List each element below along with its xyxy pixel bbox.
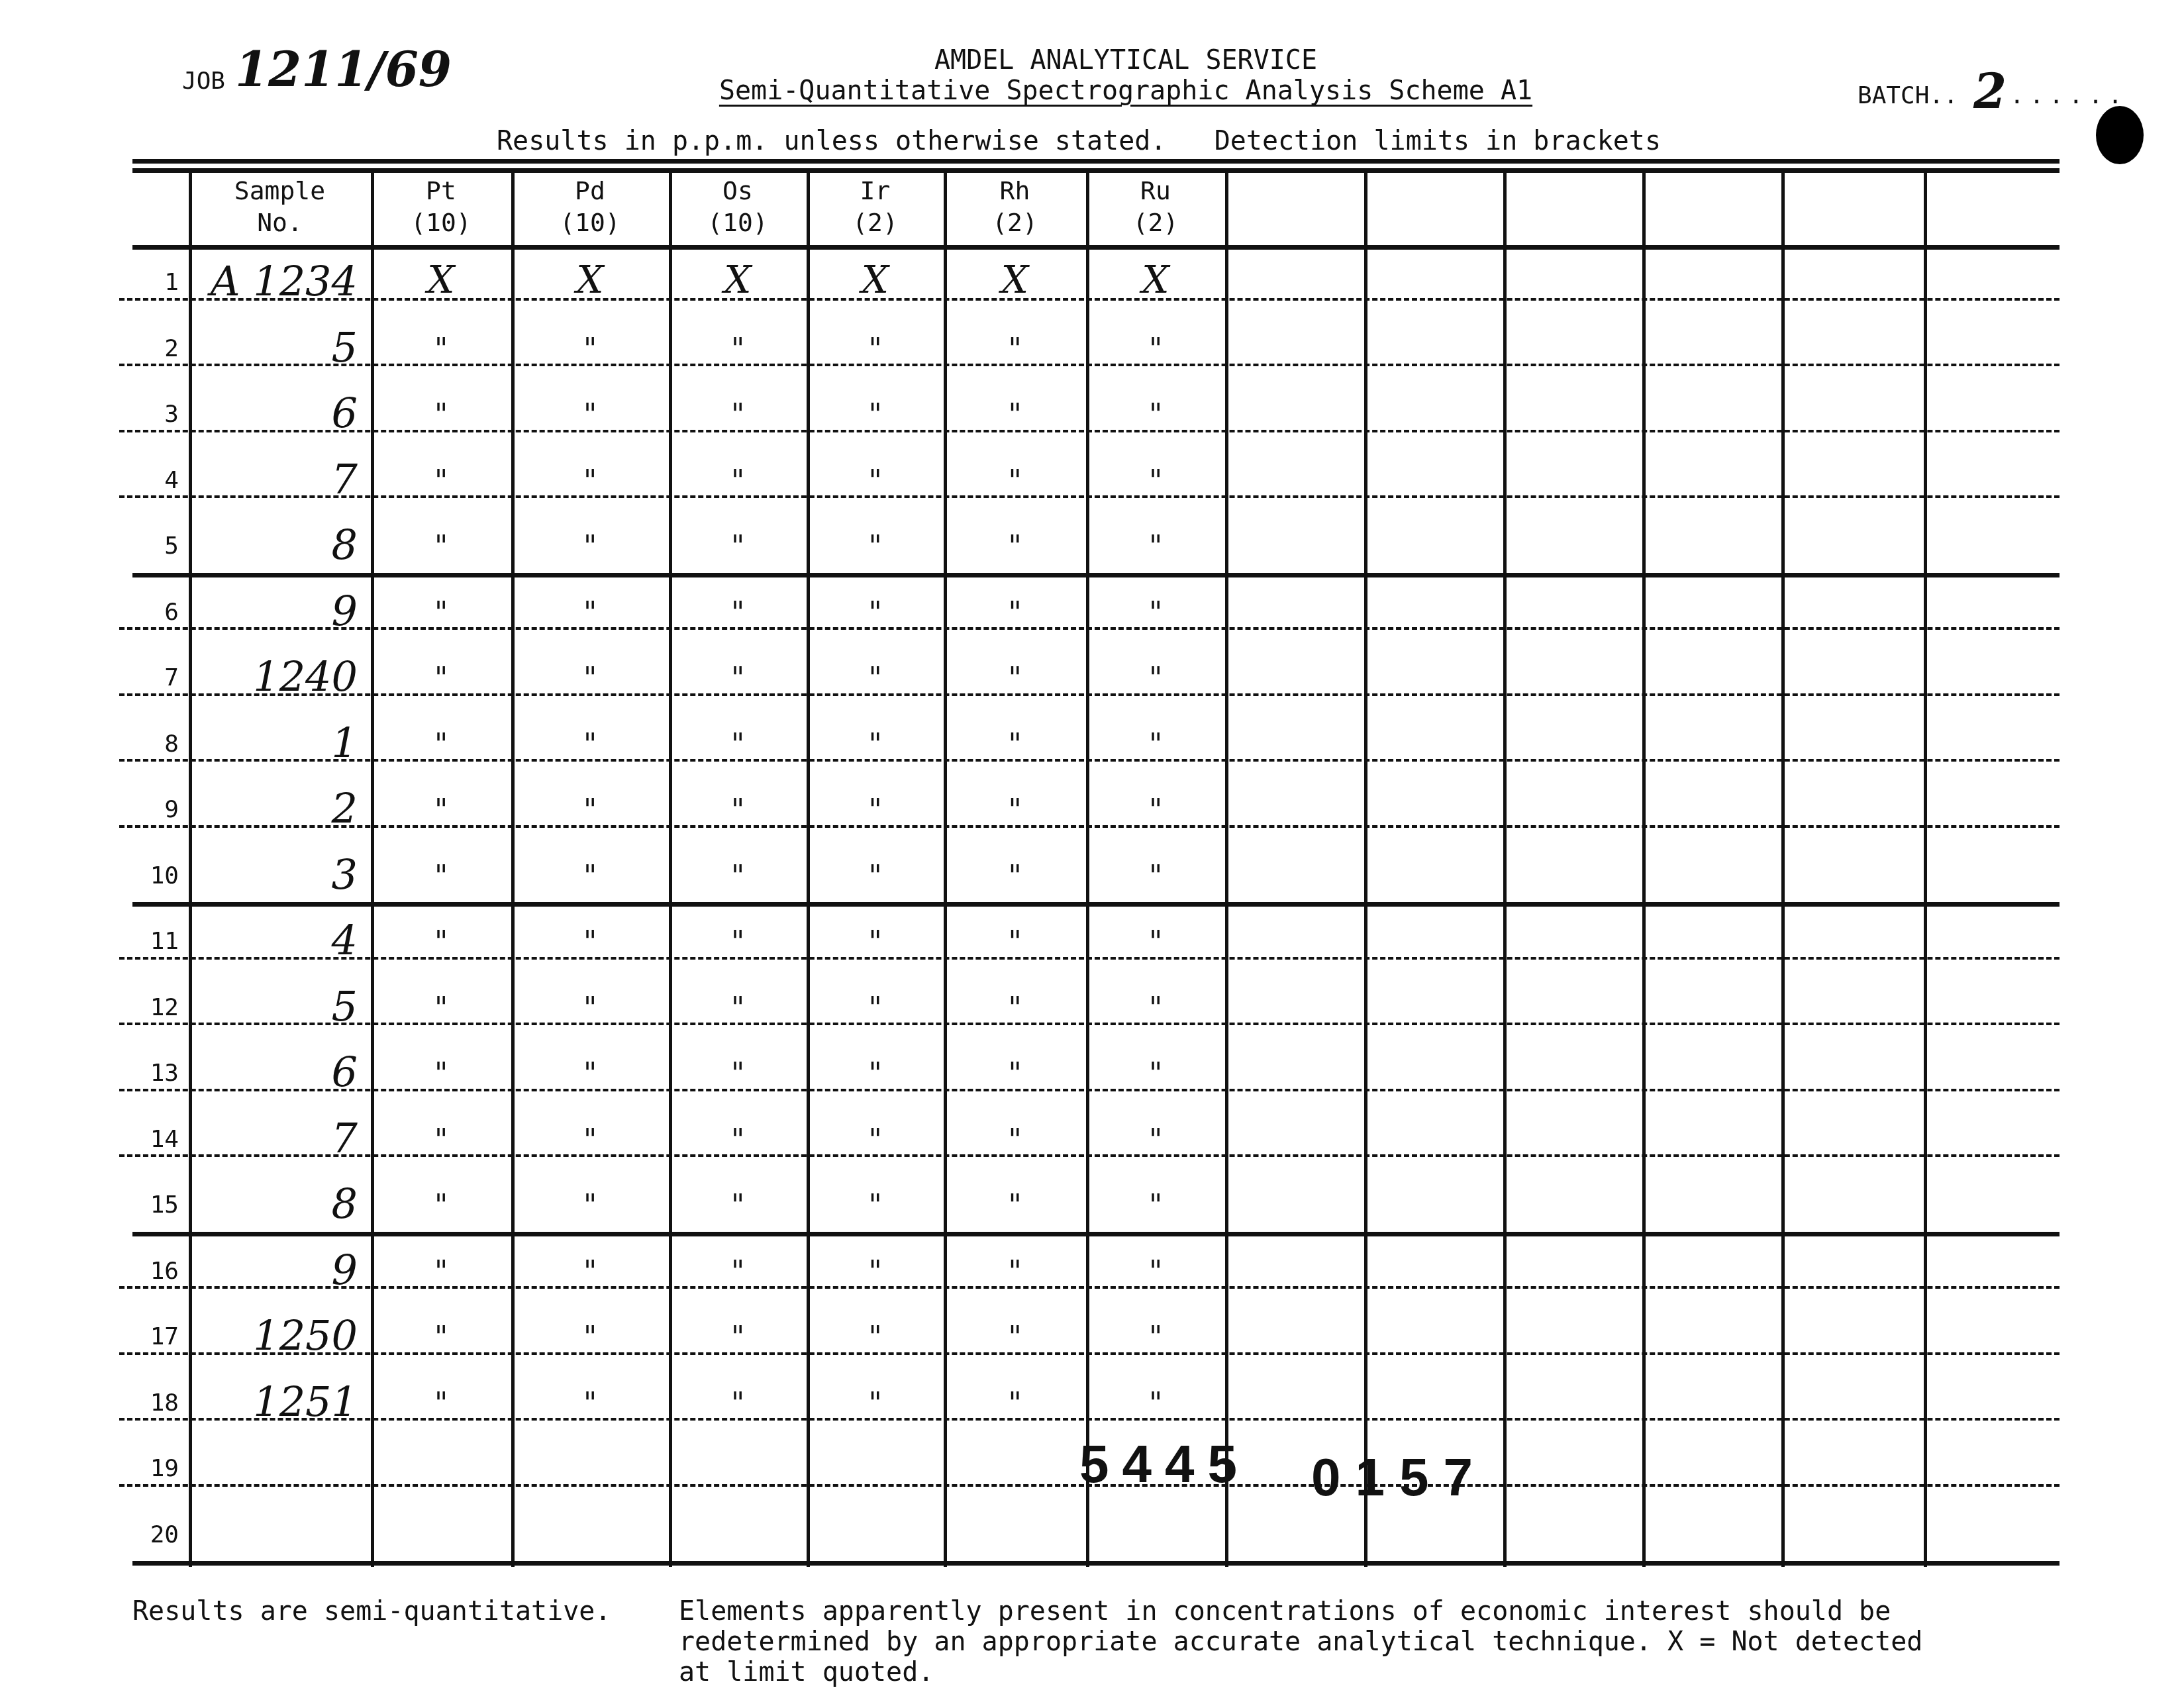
result-cell: " [1086, 1255, 1225, 1289]
results-note: Results in p.p.m. unless otherwise state… [497, 126, 1661, 156]
column-header [1781, 175, 1924, 207]
stamp-number-right: 0157 [1311, 1447, 1487, 1508]
sample-number: 6 [189, 1048, 358, 1096]
sample-number: 1 [189, 719, 358, 767]
result-cell: " [1086, 728, 1225, 762]
row-number: 13 [139, 1060, 179, 1087]
column-header [1924, 175, 2060, 207]
result-cell: X [807, 257, 944, 302]
result-cell: " [511, 398, 669, 432]
result-cell: " [371, 464, 511, 498]
column-header-name [1364, 175, 1503, 207]
column-header-limit: (10) [371, 207, 511, 238]
result-cell: " [807, 596, 944, 630]
result-cell: " [807, 860, 944, 893]
result-cell: " [511, 925, 669, 959]
result-cell: " [807, 1387, 944, 1421]
result-cell: " [511, 332, 669, 366]
batch-label: BATCH.. [1858, 82, 1958, 109]
group-rule [132, 1232, 2060, 1236]
group-rule [132, 1561, 2060, 1566]
result-cell: " [371, 662, 511, 695]
column-header-name [1781, 175, 1924, 207]
result-cell: " [511, 596, 669, 630]
result-cell: " [1086, 1057, 1225, 1091]
result-cell: " [944, 925, 1086, 959]
result-cell: " [511, 1321, 669, 1354]
result-cell: " [807, 1057, 944, 1091]
result-cell: " [807, 398, 944, 432]
result-cell: " [371, 332, 511, 366]
group-rule [132, 573, 2060, 577]
footer-note-right: Elements apparently present in concentra… [679, 1596, 2069, 1687]
footer-line-2: redetermined by an appropriate accurate … [679, 1627, 2069, 1657]
sample-number: 8 [189, 521, 358, 569]
result-cell: " [371, 1189, 511, 1223]
result-cell: " [511, 1057, 669, 1091]
column-header-name: Pd [511, 175, 669, 207]
column-divider [1642, 170, 1646, 1567]
result-cell: " [1086, 530, 1225, 564]
column-header: SampleNo. [189, 175, 371, 238]
column-header-name: Os [669, 175, 807, 207]
result-cell: " [511, 793, 669, 827]
result-cell: " [669, 925, 807, 959]
result-cell: " [371, 1123, 511, 1157]
row-number: 15 [139, 1191, 179, 1219]
row-number: 17 [139, 1323, 179, 1350]
scheme-title: Semi-Quantitative Spectrographic Analysi… [662, 75, 1589, 106]
result-cell: " [807, 662, 944, 695]
result-cell: " [1086, 1321, 1225, 1354]
row-number: 4 [139, 467, 179, 494]
result-cell: " [944, 1321, 1086, 1354]
sample-number: 9 [189, 587, 358, 635]
result-cell: " [807, 464, 944, 498]
row-number: 2 [139, 335, 179, 362]
row-number: 12 [139, 994, 179, 1021]
scheme-title-text: Semi-Quantitative Spectrographic Analysi… [719, 75, 1532, 106]
job-number: 1211/69 [235, 41, 452, 97]
result-cell: " [511, 860, 669, 893]
result-cell: " [371, 1255, 511, 1289]
results-table: SampleNo.Pt(10)Pd(10)Os(10)Ir(2)Rh(2)Ru(… [132, 159, 2060, 1593]
column-header: Pt(10) [371, 175, 511, 238]
result-cell: " [669, 662, 807, 695]
column-divider [1924, 170, 1927, 1567]
column-header: Os(10) [669, 175, 807, 238]
sample-number: 1251 [189, 1378, 358, 1426]
result-cell: " [944, 1255, 1086, 1289]
result-cell: " [944, 860, 1086, 893]
footer-line-1: Elements apparently present in concentra… [679, 1596, 2069, 1627]
result-cell: " [1086, 793, 1225, 827]
result-cell: X [944, 257, 1086, 302]
result-cell: " [371, 398, 511, 432]
result-cell: " [669, 464, 807, 498]
column-header-name [1503, 175, 1642, 207]
result-cell: " [807, 925, 944, 959]
stamp-number-left: 5445 [1079, 1434, 1250, 1495]
result-cell: " [371, 1321, 511, 1354]
result-cell: " [669, 793, 807, 827]
result-cell: X [511, 257, 669, 302]
result-cell: " [807, 1321, 944, 1354]
result-cell: " [371, 1387, 511, 1421]
column-header-name: Ru [1086, 175, 1225, 207]
group-rule [132, 902, 2060, 907]
table-top-rule-2 [132, 168, 2060, 173]
result-cell: " [1086, 991, 1225, 1025]
result-cell: " [944, 596, 1086, 630]
result-cell: " [944, 1189, 1086, 1223]
sample-number: 7 [189, 455, 358, 503]
sample-number: 2 [189, 784, 358, 832]
footer-note-left: Results are semi-quantitative. [132, 1596, 611, 1627]
result-cell: " [511, 1123, 669, 1157]
row-number: 18 [139, 1389, 179, 1417]
result-cell: " [371, 860, 511, 893]
result-cell: " [371, 925, 511, 959]
result-cell: " [669, 991, 807, 1025]
result-cell: " [944, 1123, 1086, 1157]
result-cell: " [1086, 662, 1225, 695]
result-cell: " [371, 530, 511, 564]
result-cell: " [944, 332, 1086, 366]
result-cell: " [1086, 1189, 1225, 1223]
sample-number: 6 [189, 389, 358, 437]
result-cell: " [511, 464, 669, 498]
row-number: 10 [139, 862, 179, 889]
result-cell: " [944, 793, 1086, 827]
result-cell: " [1086, 398, 1225, 432]
sample-number: 1250 [189, 1311, 358, 1360]
result-cell: " [669, 332, 807, 366]
result-cell: " [511, 728, 669, 762]
result-cell: " [371, 991, 511, 1025]
result-cell: " [944, 1387, 1086, 1421]
row-number: 11 [139, 928, 179, 955]
ink-blot-mark [2096, 106, 2144, 164]
result-cell: " [807, 1123, 944, 1157]
header-rule [132, 245, 2060, 250]
sample-number: 5 [189, 323, 358, 372]
row-number: 8 [139, 730, 179, 758]
result-cell: " [944, 398, 1086, 432]
sample-number: A 1234 [189, 257, 358, 305]
column-header-limit: (10) [669, 207, 807, 238]
column-header [1642, 175, 1781, 207]
result-cell: " [807, 793, 944, 827]
column-header-name [1924, 175, 2060, 207]
row-number: 1 [139, 269, 179, 296]
result-cell: " [944, 464, 1086, 498]
column-divider [1781, 170, 1785, 1567]
column-divider [1503, 170, 1507, 1567]
result-cell: " [807, 1189, 944, 1223]
column-header-limit: No. [189, 207, 371, 238]
sample-number: 1240 [189, 652, 358, 701]
row-number: 14 [139, 1126, 179, 1153]
column-header: Pd(10) [511, 175, 669, 238]
organization-title: AMDEL ANALYTICAL SERVICE [662, 45, 1589, 75]
row-number: 7 [139, 664, 179, 691]
result-cell: " [944, 991, 1086, 1025]
result-cell: " [669, 530, 807, 564]
result-cell: " [944, 530, 1086, 564]
result-cell: " [511, 530, 669, 564]
result-cell: " [669, 398, 807, 432]
batch-number: 2 [1973, 63, 2007, 119]
result-cell: " [944, 728, 1086, 762]
column-divider [1225, 170, 1228, 1567]
sample-number: 4 [189, 916, 358, 964]
result-cell: " [1086, 464, 1225, 498]
row-number: 20 [139, 1521, 179, 1548]
row-number: 19 [139, 1455, 179, 1482]
column-header-name [1225, 175, 1364, 207]
result-cell: " [669, 1057, 807, 1091]
result-cell: " [511, 1189, 669, 1223]
sample-number: 5 [189, 982, 358, 1030]
result-cell: " [669, 1189, 807, 1223]
column-header-limit: (2) [1086, 207, 1225, 238]
row-number: 16 [139, 1258, 179, 1285]
row-number: 6 [139, 599, 179, 626]
table-top-rule [132, 159, 2060, 164]
result-cell: " [1086, 1387, 1225, 1421]
column-header-name: Sample [189, 175, 371, 207]
footer-line-3: at limit quoted. [679, 1657, 2069, 1687]
job-label: JOB [182, 68, 225, 95]
result-cell: " [669, 860, 807, 893]
result-cell: " [807, 991, 944, 1025]
result-cell: " [807, 1255, 944, 1289]
result-cell: " [1086, 332, 1225, 366]
row-number: 9 [139, 796, 179, 823]
column-divider [1364, 170, 1367, 1567]
result-cell: " [669, 1321, 807, 1354]
batch-dots: ...... [2010, 82, 2128, 109]
result-cell: " [807, 530, 944, 564]
result-cell: " [371, 1057, 511, 1091]
result-cell: " [669, 728, 807, 762]
column-header [1503, 175, 1642, 207]
column-header [1225, 175, 1364, 207]
result-cell: " [1086, 1123, 1225, 1157]
column-header-limit: (2) [807, 207, 944, 238]
column-header: Rh(2) [944, 175, 1086, 238]
result-cell: " [807, 332, 944, 366]
column-header [1364, 175, 1503, 207]
result-cell: X [1086, 257, 1225, 302]
result-cell: " [669, 596, 807, 630]
result-cell: " [944, 662, 1086, 695]
sample-number: 7 [189, 1114, 358, 1162]
row-number: 5 [139, 532, 179, 560]
result-cell: " [511, 1255, 669, 1289]
result-cell: " [1086, 596, 1225, 630]
result-cell: " [371, 728, 511, 762]
result-cell: X [371, 257, 511, 302]
sample-number: 9 [189, 1246, 358, 1294]
column-header: Ru(2) [1086, 175, 1225, 238]
sample-number: 3 [189, 850, 358, 899]
result-cell: " [807, 728, 944, 762]
result-cell: " [669, 1255, 807, 1289]
sample-number: 8 [189, 1179, 358, 1228]
column-header-limit: (2) [944, 207, 1086, 238]
column-header-name: Pt [371, 175, 511, 207]
column-header-name: Rh [944, 175, 1086, 207]
result-cell: " [944, 1057, 1086, 1091]
result-cell: " [371, 596, 511, 630]
result-cell: " [511, 662, 669, 695]
result-cell: " [1086, 925, 1225, 959]
result-cell: " [371, 793, 511, 827]
result-cell: " [511, 991, 669, 1025]
result-cell: " [511, 1387, 669, 1421]
row-number: 3 [139, 401, 179, 428]
result-cell: X [669, 257, 807, 302]
column-header: Ir(2) [807, 175, 944, 238]
result-cell: " [669, 1387, 807, 1421]
result-cell: " [1086, 860, 1225, 893]
column-header-limit: (10) [511, 207, 669, 238]
result-cell: " [669, 1123, 807, 1157]
column-header-name [1642, 175, 1781, 207]
column-header-name: Ir [807, 175, 944, 207]
